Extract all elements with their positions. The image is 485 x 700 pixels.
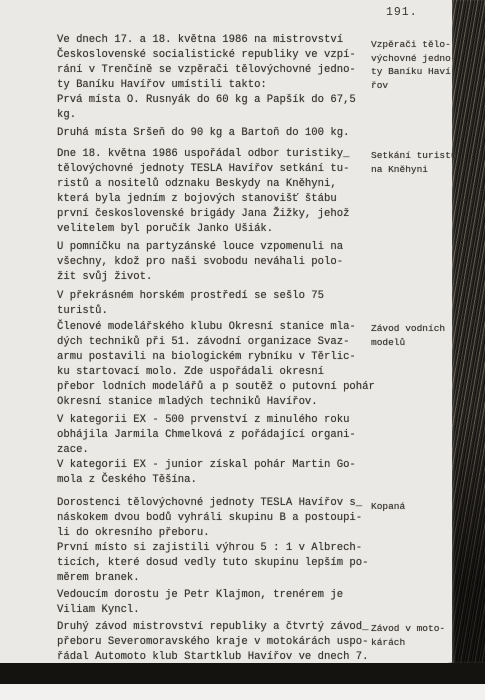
- margin-note: Závod vodních modelů: [371, 322, 466, 349]
- paragraph: V kategorii EX - junior získal pohár Mar…: [57, 458, 381, 488]
- section-model-boats: Členové modelářského klubu Okresní stani…: [57, 320, 467, 488]
- paragraph: Členové modelářského klubu Okresní stani…: [57, 320, 381, 410]
- paragraph: V kategorii EX - 500 prvenství z minuléh…: [57, 413, 381, 458]
- section-body: Dorostenci tělovýchovné jednoty TESLA Ha…: [57, 496, 381, 618]
- paragraph: Prvá místa O. Rusnyák do 60 kg a Papšík …: [57, 93, 381, 123]
- section-karting: Druhý závod mistrovství republiky a čtvr…: [57, 620, 467, 665]
- paragraph: Vedoucím dorostu je Petr Klajmon, trenér…: [57, 588, 381, 618]
- scanned-document: 191. Ve dnech 17. a 18. května 1986 na m…: [0, 0, 485, 700]
- section-tourists: Dne 18. května 1986 uspořádal odbor turi…: [57, 147, 467, 319]
- page-number: 191.: [386, 6, 418, 19]
- book-gutter-shadow: [0, 0, 54, 663]
- section-body: Členové modelářského klubu Okresní stani…: [57, 320, 381, 488]
- paragraph: U pomníčku na partyzánské louce vzpomenu…: [57, 240, 381, 285]
- paragraph: Ve dnech 17. a 18. května 1986 na mistro…: [57, 33, 381, 93]
- paragraph: Druhá místa Sršeň do 90 kg a Bartoň do 1…: [57, 126, 381, 141]
- section-body: Ve dnech 17. a 18. května 1986 na mistro…: [57, 33, 381, 141]
- paragraph: První místo si zajistili výhrou 5 : 1 v …: [57, 541, 381, 586]
- paragraph: Dorostenci tělovýchovné jednoty TESLA Ha…: [57, 496, 381, 541]
- margin-note: Vzpěrači tělo- výchovné jedno- ty Baníku…: [371, 38, 466, 92]
- paragraph: Dne 18. května 1986 uspořádal odbor turi…: [57, 147, 381, 237]
- paragraph: V překrásném horském prostředí se sešlo …: [57, 289, 381, 319]
- section-football: Dorostenci tělovýchovné jednoty TESLA Ha…: [57, 496, 467, 618]
- section-body: Druhý závod mistrovství republiky a čtvr…: [57, 620, 381, 665]
- section-weightlifting: Ve dnech 17. a 18. května 1986 na mistro…: [57, 33, 467, 141]
- margin-note: Závod v moto- kárách: [371, 622, 466, 649]
- margin-note: Kopaná: [371, 500, 466, 514]
- paragraph: Druhý závod mistrovství republiky a čtvr…: [57, 620, 381, 665]
- section-body: Dne 18. května 1986 uspořádal odbor turi…: [57, 147, 381, 319]
- margin-note: Setkání turistů na Kněhyni: [371, 149, 466, 176]
